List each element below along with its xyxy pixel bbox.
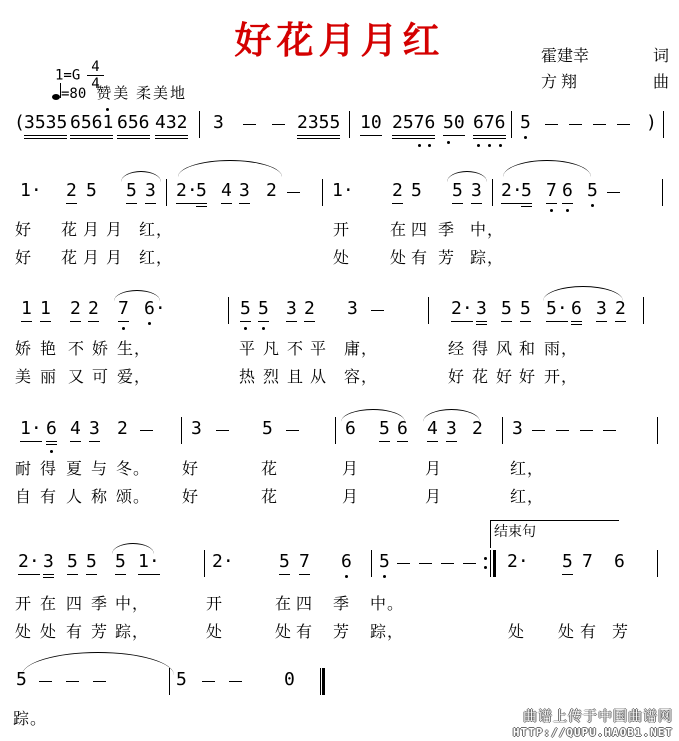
duration-dash (397, 563, 410, 564)
score: (3535656165643232355102576506765)1·25532… (0, 0, 679, 741)
octave-dot-below (122, 327, 125, 330)
slur-arc (543, 286, 623, 301)
note: 5 (67, 552, 78, 575)
octave-dot-below (383, 575, 386, 578)
lyric-char: 花 (61, 245, 78, 268)
duration-dash (545, 124, 558, 125)
lyric-char: 娇 (92, 336, 109, 359)
lyric-char: 处 (558, 619, 575, 642)
note: 5 (115, 552, 126, 575)
lyric-char: 有 (411, 245, 428, 268)
lyric-char: 月 (106, 245, 123, 268)
octave-dot-below (262, 327, 265, 330)
octave-dot-below (499, 144, 502, 147)
note: 5 (86, 552, 97, 575)
sheet-music-page: 好花月月红 霍建幸 词 方 翔 曲 1=G44 =80赞美 柔美地 (35356… (0, 0, 679, 741)
octave-dot-below (477, 144, 480, 147)
note: 2· (212, 552, 234, 572)
barline (349, 111, 350, 138)
lyric-char: 且 (287, 364, 304, 387)
octave-dot-below (345, 575, 348, 578)
duration-dash (617, 124, 630, 125)
repeat-sign (484, 550, 496, 577)
lyric-char: 处 (206, 619, 223, 642)
lyric-char: 处 (333, 245, 350, 268)
note: 5 (86, 181, 97, 201)
duration-dash (532, 430, 545, 431)
note: 3 (239, 181, 250, 204)
duration-dash (202, 681, 215, 682)
lyric-char: 四 (66, 591, 83, 614)
note: 2· (507, 552, 529, 572)
note: 2576 (392, 113, 435, 136)
lyric-char: 红， (510, 456, 544, 479)
duration-dash (580, 430, 593, 431)
note: 5 (279, 552, 290, 575)
barline (204, 550, 205, 577)
duration-dash (593, 124, 606, 125)
note: 3 (191, 419, 202, 439)
lyric-char: 得 (472, 336, 489, 359)
slur-arc (114, 290, 160, 301)
barline (511, 111, 512, 138)
note: 1· (20, 419, 42, 442)
note: 1· (332, 181, 354, 201)
note: 5 (379, 552, 390, 572)
lyric-char: 开 (15, 591, 32, 614)
slur-arc (423, 409, 480, 422)
footer-watermark: 曲谱上传于中国曲谱网 HTTP://QUPU.HAOB1.NET (513, 706, 673, 739)
lyric-char: 踪。 (13, 706, 47, 729)
note: 2 (66, 181, 77, 204)
lyric-char: 人 (66, 484, 83, 507)
note: 1 (40, 299, 51, 322)
lyric-char: 月 (342, 456, 359, 479)
duration-dash (569, 124, 582, 125)
note: 2· (451, 299, 473, 322)
note: 2· (501, 181, 523, 204)
note: 656 (117, 113, 150, 136)
lyric-char: 经 (448, 336, 465, 359)
barline (502, 417, 503, 444)
note: 3 (446, 419, 457, 442)
barline (657, 550, 658, 577)
note: 5 (411, 181, 422, 201)
duration-dash (286, 430, 299, 431)
lyric-char: 生， (117, 336, 151, 359)
lyric-char: 季 (91, 591, 108, 614)
octave-dot-below (418, 144, 421, 147)
note: 2 (266, 181, 277, 201)
lyric-char: 和 (519, 336, 536, 359)
lyric-char: 中。 (370, 591, 404, 614)
footer-site-name: 曲谱上传于中国曲谱网 (513, 706, 673, 726)
lyric-char: 耐 (15, 456, 32, 479)
barline (228, 297, 229, 324)
barline (335, 417, 336, 444)
lyric-char: 冬。 (116, 456, 150, 479)
duration-dash (607, 192, 620, 193)
note: 5 (258, 299, 269, 322)
note: 7 (118, 299, 129, 322)
duration-dash (371, 310, 384, 311)
lyric-char: 踪， (115, 619, 149, 642)
lyric-char: 不 (68, 336, 85, 359)
lyric-char: 红， (139, 245, 173, 268)
note: 3 (89, 419, 100, 442)
lyric-char: 庸， (344, 336, 378, 359)
lyric-char: 热 (239, 364, 256, 387)
note: 6 (614, 552, 625, 572)
lyric-char: 芳 (91, 619, 108, 642)
slur-arc (341, 409, 405, 422)
note: 5 (520, 113, 531, 133)
barline (166, 179, 167, 206)
note: 0 (284, 670, 295, 690)
note: 5 (379, 419, 390, 442)
lyric-char: 丽 (40, 364, 57, 387)
slur-arc (447, 171, 487, 182)
slur-arc (121, 171, 161, 182)
lyric-char: 好 (448, 364, 465, 387)
note: 2· (176, 181, 198, 204)
note: 6 (562, 181, 573, 204)
note: 2 (117, 419, 128, 439)
lyric-char: 开 (333, 217, 350, 240)
repeat-dot (484, 566, 487, 569)
lyric-char: 处 (275, 619, 292, 642)
lyric-char: 在 (390, 217, 407, 240)
barline (662, 179, 663, 206)
note: 6· (144, 299, 166, 319)
barline (663, 111, 664, 138)
lyric-char: 处 (508, 619, 525, 642)
lyric-char: 与 (91, 456, 108, 479)
note: 5 (196, 181, 207, 204)
lyric-char: 夏 (66, 456, 83, 479)
lyric-char: 娇 (15, 336, 32, 359)
duration-dash (287, 192, 300, 193)
lyric-char: 四 (411, 217, 428, 240)
lyric-char: 花 (261, 484, 278, 507)
lyric-char: 好 (496, 364, 513, 387)
note: 5 (562, 552, 573, 575)
lyric-char: 自 (15, 484, 32, 507)
barline (199, 111, 200, 138)
lyric-char: 踪， (370, 619, 404, 642)
lyric-char: 开 (206, 591, 223, 614)
barline (428, 297, 429, 324)
note: 1· (138, 552, 160, 575)
repeat-dot (484, 557, 487, 560)
note: 7 (582, 552, 593, 572)
lyric-char: 月 (83, 245, 100, 268)
octave-dot-below (148, 322, 151, 325)
lyric-char: 中， (115, 591, 149, 614)
barline (643, 297, 644, 324)
duration-dash (243, 124, 256, 125)
lyric-char: 红， (139, 217, 173, 240)
duration-dash (39, 681, 52, 682)
octave-dot-below (566, 209, 569, 212)
note: 3 (471, 181, 482, 204)
lyric-char: 季 (438, 217, 455, 240)
lyric-char: 处 (40, 619, 57, 642)
note: 5 (126, 181, 137, 204)
octave-dot-below (591, 204, 594, 207)
note: 1 (21, 299, 32, 322)
duration-dash (216, 430, 229, 431)
note: 3 (213, 113, 224, 133)
lyric-char: 又 (68, 364, 85, 387)
lyric-char: 芳 (438, 245, 455, 268)
duration-dash (229, 681, 242, 682)
note: 5 (587, 181, 598, 201)
lyric-char: 可 (92, 364, 109, 387)
note: 6 (345, 419, 356, 439)
lyric-char: 月 (425, 456, 442, 479)
duration-dash (66, 681, 79, 682)
note: 3 (512, 419, 523, 439)
lyric-char: 有 (66, 619, 83, 642)
lyric-char: 风 (496, 336, 513, 359)
note: 5 (240, 299, 251, 322)
note: 1· (20, 181, 42, 201)
duration-dash (463, 563, 476, 564)
note: 4 (427, 419, 438, 442)
note: 5 (262, 419, 273, 439)
note: 676 (473, 113, 506, 136)
coda-bracket: 结束句 (490, 520, 619, 548)
lyric-char: 花 (472, 364, 489, 387)
barline (657, 417, 658, 444)
lyric-char: 平 (310, 336, 327, 359)
coda-label: 结束句 (494, 521, 536, 541)
note: 3535 (24, 113, 67, 136)
lyric-char: 得 (40, 456, 57, 479)
lyric-char: 好 (519, 364, 536, 387)
octave-dot-below (550, 209, 553, 212)
barline (371, 550, 372, 577)
lyric-char: 好 (182, 456, 199, 479)
lyric-char: 艳 (40, 336, 57, 359)
lyric-char: 季 (333, 591, 350, 614)
note: 2 (392, 181, 403, 204)
note: 7 (546, 181, 557, 204)
lyric-char: 容， (344, 364, 378, 387)
lyric-char: 在 (275, 591, 292, 614)
lyric-char: 在 (40, 591, 57, 614)
note: 3 (286, 299, 297, 322)
lyric-char: 处 (390, 245, 407, 268)
lyric-char: 四 (296, 591, 313, 614)
note: 3 (145, 181, 156, 204)
note: ) (646, 113, 657, 133)
slur-arc (112, 543, 154, 554)
lyric-char: 处 (15, 619, 32, 642)
lyric-char: 花 (261, 456, 278, 479)
final-barline (320, 668, 325, 695)
note: 3 (347, 299, 358, 319)
note: 4 (70, 419, 81, 442)
lyric-char: 从 (310, 364, 327, 387)
note: 2 (304, 299, 315, 322)
note: 2 (472, 419, 483, 439)
barline (492, 179, 493, 206)
repeat-thin-bar (490, 550, 491, 577)
barline (322, 179, 323, 206)
duration-dash (441, 563, 454, 564)
duration-dash (419, 563, 432, 564)
note: 6 (397, 419, 408, 442)
lyric-char: 雨， (544, 336, 578, 359)
lyric-char: 月 (106, 217, 123, 240)
note: 6 (46, 419, 57, 442)
note: 3 (43, 552, 54, 575)
duration-dash (272, 124, 285, 125)
lyric-char: 有 (296, 619, 313, 642)
note: 4 (221, 181, 232, 204)
lyric-char: 芳 (612, 619, 629, 642)
note: 5 (521, 181, 532, 204)
lyric-char: 开， (544, 364, 578, 387)
duration-dash (603, 430, 616, 431)
note: 3 (596, 299, 607, 322)
octave-dot-above (106, 108, 109, 111)
note: 6561 (70, 113, 113, 136)
lyric-char: 不 (287, 336, 304, 359)
slur-arc (178, 160, 282, 177)
lyric-char: 月 (425, 484, 442, 507)
lyric-char: 烈 (263, 364, 280, 387)
lyric-char: 好 (15, 217, 32, 240)
duration-dash (140, 430, 153, 431)
lyric-char: 中， (470, 217, 504, 240)
lyric-char: 颂。 (116, 484, 150, 507)
lyric-char: 称 (91, 484, 108, 507)
footer-site-url: HTTP://QUPU.HAOB1.NET (513, 726, 673, 739)
lyric-char: 芳 (333, 619, 350, 642)
repeat-thick-bar (493, 550, 496, 577)
note: 10 (360, 113, 382, 136)
note: 5· (546, 299, 568, 322)
note: 2 (70, 299, 81, 322)
lyric-char: 红， (510, 484, 544, 507)
note: 3 (476, 299, 487, 322)
note: 2355 (297, 113, 340, 136)
note: 5 (501, 299, 512, 322)
lyric-char: 花 (61, 217, 78, 240)
barline (181, 417, 182, 444)
octave-dot-below (524, 136, 527, 139)
note: 432 (155, 113, 188, 136)
lyric-char: 月 (83, 217, 100, 240)
note: 2· (18, 552, 40, 575)
note: 6 (341, 552, 352, 572)
note: 6 (571, 299, 582, 322)
lyric-char: 凡 (263, 336, 280, 359)
duration-dash (556, 430, 569, 431)
slur-arc (22, 652, 174, 675)
note: 2 (88, 299, 99, 322)
duration-dash (93, 681, 106, 682)
note: 5 (176, 670, 187, 690)
slur-arc (503, 160, 591, 177)
lyric-char: 月 (342, 484, 359, 507)
octave-dot-below (447, 141, 450, 144)
lyric-char: 踪， (470, 245, 504, 268)
octave-dot-below (244, 327, 247, 330)
lyric-char: 有 (580, 619, 597, 642)
octave-dot-below (428, 144, 431, 147)
note: 2 (615, 299, 626, 322)
lyric-char: 爱， (117, 364, 151, 387)
lyric-char: 好 (182, 484, 199, 507)
note: 5 (520, 299, 531, 322)
note: 50 (443, 113, 465, 136)
note: 5 (452, 181, 463, 204)
note: 7 (299, 552, 310, 575)
lyric-char: 有 (40, 484, 57, 507)
octave-dot-below (50, 450, 53, 453)
lyric-char: 美 (15, 364, 32, 387)
octave-dot-below (488, 144, 491, 147)
lyric-char: 好 (15, 245, 32, 268)
lyric-char: 平 (239, 336, 256, 359)
